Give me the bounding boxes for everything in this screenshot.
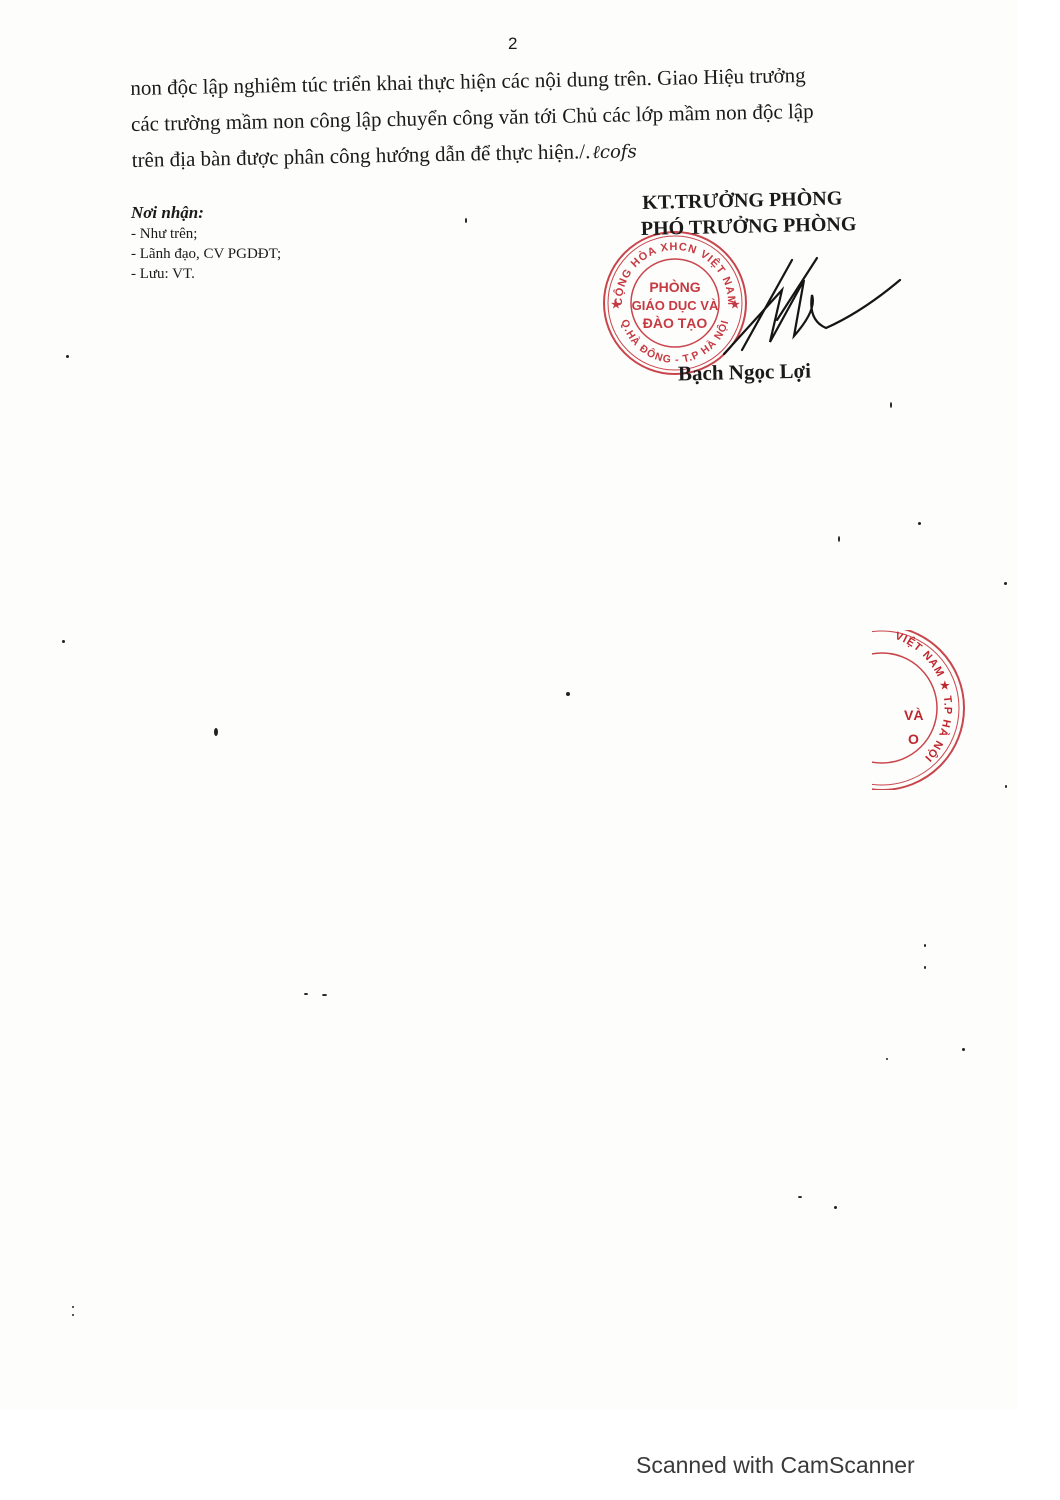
signer-name: Bạch Ngọc Lợi xyxy=(678,358,812,386)
scan-speck xyxy=(566,692,570,696)
svg-text:PHÒNG: PHÒNG xyxy=(649,278,700,295)
scan-speck xyxy=(66,355,69,358)
recipients-block: Nơi nhận: - Như trên; - Lãnh đạo, CV PGD… xyxy=(131,203,281,284)
scan-speck xyxy=(72,1314,74,1316)
svg-text:GIÁO DỤC VÀ: GIÁO DỤC VÀ xyxy=(632,298,719,313)
body-line-text: trên địa bàn được phân công hướng dẫn để… xyxy=(131,139,590,172)
signature-title: KT.TRƯỞNG PHÒNG PHÓ TRƯỞNG PHÒNG xyxy=(642,185,857,242)
scan-speck xyxy=(1005,785,1007,788)
svg-text:ĐÀO TẠO: ĐÀO TẠO xyxy=(643,315,708,331)
handwritten-initials: ℓcofs xyxy=(592,141,637,163)
recipient-item: - Như trên; xyxy=(131,224,281,244)
recipient-item: - Lãnh đạo, CV PGDĐT; xyxy=(131,244,281,264)
svg-text:★: ★ xyxy=(611,299,621,311)
handwritten-signature xyxy=(722,250,902,360)
svg-text:VÀ: VÀ xyxy=(904,707,923,723)
scan-speck xyxy=(924,966,926,969)
scan-speck xyxy=(962,1048,965,1051)
signature-block: KT.TRƯỞNG PHÒNG PHÓ TRƯỞNG PHÒNG CỘNG HÒ… xyxy=(612,190,912,410)
signature-title-line2: PHÓ TRƯỞNG PHÒNG xyxy=(641,211,857,242)
body-paragraph: non độc lập nghiêm túc triển khai thực h… xyxy=(130,55,912,180)
scan-speck xyxy=(72,1306,74,1308)
scan-speck xyxy=(886,1058,888,1060)
scan-speck xyxy=(834,1206,837,1209)
scan-speck xyxy=(918,522,921,525)
recipient-item: - Lưu: VT. xyxy=(131,264,281,284)
scan-speck xyxy=(214,728,218,736)
scan-speck xyxy=(465,218,467,223)
scanned-page: 2 non độc lập nghiêm túc triển khai thực… xyxy=(0,0,1018,1410)
scan-speck xyxy=(1004,582,1007,585)
scan-speck xyxy=(62,640,65,643)
page-number: 2 xyxy=(508,34,517,54)
partial-stamp: VIỆT NAM ★ T.P HÀ NỘI VÀ O xyxy=(872,630,968,790)
scan-speck xyxy=(838,536,840,542)
recipients-heading: Nơi nhận: xyxy=(131,203,281,223)
scan-speck xyxy=(798,1196,802,1198)
svg-text:O: O xyxy=(908,731,919,747)
camscanner-watermark: Scanned with CamScanner xyxy=(636,1452,915,1479)
scan-speck xyxy=(322,994,327,996)
scan-speck xyxy=(304,993,308,995)
scan-speck xyxy=(924,944,926,947)
scan-speck xyxy=(890,402,892,408)
